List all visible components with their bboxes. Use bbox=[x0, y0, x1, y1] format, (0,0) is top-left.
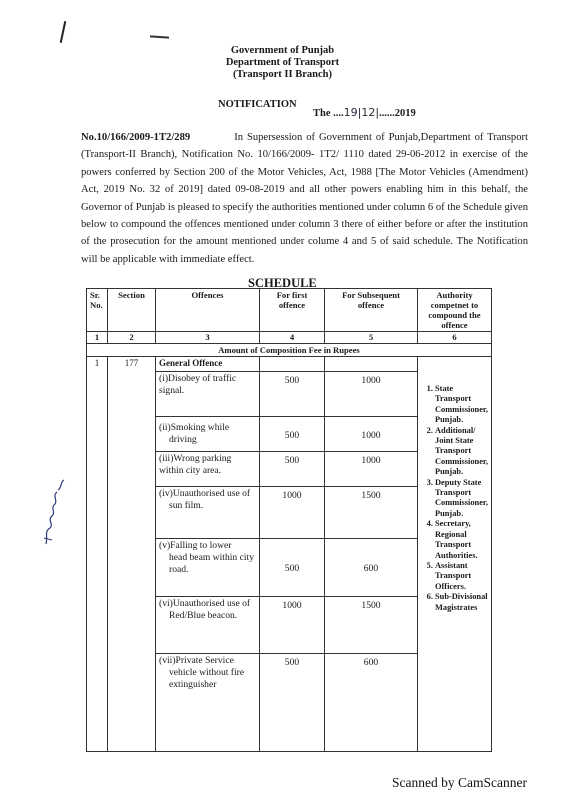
amount-caption-row: Amount of Composition Fee in Rupees bbox=[87, 344, 492, 357]
first-offence-fee: 500 bbox=[260, 452, 325, 487]
handwritten-signature bbox=[38, 478, 68, 548]
date-handwritten: 19|12| bbox=[344, 106, 379, 119]
offence-cell: (ii)Smoking whiledriving bbox=[156, 417, 260, 452]
notification-title: NOTIFICATION bbox=[218, 99, 297, 110]
column-number: 2 bbox=[108, 332, 156, 344]
date-suffix: ......2019 bbox=[379, 108, 416, 119]
column-number: 4 bbox=[260, 332, 325, 344]
notification-body: No.10/166/2009-1T2/289In Supersession of… bbox=[81, 129, 528, 268]
pen-mark bbox=[150, 35, 169, 38]
authority-item: Assistant Transport Officers. bbox=[435, 561, 488, 592]
pen-mark bbox=[60, 21, 67, 43]
authority-item: Deputy State Transport Commissioner, Pun… bbox=[435, 478, 488, 520]
header-sr-no: Sr. No. bbox=[87, 289, 108, 332]
authority-list-cell: State Transport Commissioner, Punjab. Ad… bbox=[418, 357, 492, 752]
subsequent-offence-fee: 600 bbox=[325, 539, 418, 597]
sr-no-cell: 1 bbox=[87, 357, 108, 752]
header-branch: (Transport II Branch) bbox=[0, 69, 565, 81]
table-row-group: 1 177 General Offence State Transport Co… bbox=[87, 357, 492, 372]
offence-cell: (v)Falling to lowerhead beam within city… bbox=[156, 539, 260, 597]
first-offence-fee: 500 bbox=[260, 654, 325, 752]
first-offence-fee: 500 bbox=[260, 539, 325, 597]
offence-cell: (i)Disobey of trafficsignal. bbox=[156, 372, 260, 417]
amount-caption: Amount of Composition Fee in Rupees bbox=[87, 344, 492, 357]
column-number: 5 bbox=[325, 332, 418, 344]
header-subsequent-offence: For Subsequent offence bbox=[325, 289, 418, 332]
header-offences: Offences bbox=[156, 289, 260, 332]
authority-item: Additional/ Joint State Transport Commis… bbox=[435, 426, 488, 478]
offence-cell: (iii)Wrong parkingwithin city area. bbox=[156, 452, 260, 487]
column-number: 1 bbox=[87, 332, 108, 344]
header-department: Department of Transport bbox=[0, 57, 565, 69]
authority-list: State Transport Commissioner, Punjab. Ad… bbox=[421, 384, 488, 613]
first-offence-fee: 1000 bbox=[260, 597, 325, 654]
schedule-table: Sr. No. Section Offences For first offen… bbox=[86, 288, 492, 752]
offence-cell: (iv)Unauthorised use ofsun film. bbox=[156, 487, 260, 539]
table-header-row: Sr. No. Section Offences For first offen… bbox=[87, 289, 492, 332]
header-section: Section bbox=[108, 289, 156, 332]
offence-cell: (vii)Private Servicevehicle without fire… bbox=[156, 654, 260, 752]
column-number: 3 bbox=[156, 332, 260, 344]
authority-item: State Transport Commissioner, Punjab. bbox=[435, 384, 488, 426]
offence-cell: (vi)Unauthorised use ofRed/Blue beacon. bbox=[156, 597, 260, 654]
scanner-watermark: Scanned by CamScanner bbox=[392, 775, 527, 791]
first-offence-fee: 500 bbox=[260, 372, 325, 417]
group-title: General Offence bbox=[156, 357, 260, 372]
date-prefix: The .... bbox=[313, 108, 344, 119]
column-number: 6 bbox=[418, 332, 492, 344]
subsequent-offence-fee: 1000 bbox=[325, 372, 418, 417]
notification-number: No.10/166/2009-1T2/289 bbox=[81, 132, 190, 143]
header-authority: Authority competnet to compound the offe… bbox=[418, 289, 492, 332]
header-government: Government of Punjab bbox=[0, 45, 565, 57]
subsequent-offence-fee: 1000 bbox=[325, 452, 418, 487]
notification-date: The ....19|12|......2019 bbox=[313, 106, 416, 119]
header-first-offence: For first offence bbox=[260, 289, 325, 332]
notification-text: In Supersession of Government of Punjab,… bbox=[81, 132, 528, 265]
subsequent-offence-fee: 1000 bbox=[325, 417, 418, 452]
authority-item: Sub-Divisional Magistrates bbox=[435, 592, 488, 613]
subsequent-offence-fee: 600 bbox=[325, 654, 418, 752]
subsequent-offence-fee: 1500 bbox=[325, 487, 418, 539]
first-offence-fee: 500 bbox=[260, 417, 325, 452]
subsequent-offence-fee: 1500 bbox=[325, 597, 418, 654]
authority-item: Secretary, Regional Transport Authoritie… bbox=[435, 519, 488, 561]
section-cell: 177 bbox=[108, 357, 156, 752]
column-number-row: 1 2 3 4 5 6 bbox=[87, 332, 492, 344]
first-offence-fee: 1000 bbox=[260, 487, 325, 539]
